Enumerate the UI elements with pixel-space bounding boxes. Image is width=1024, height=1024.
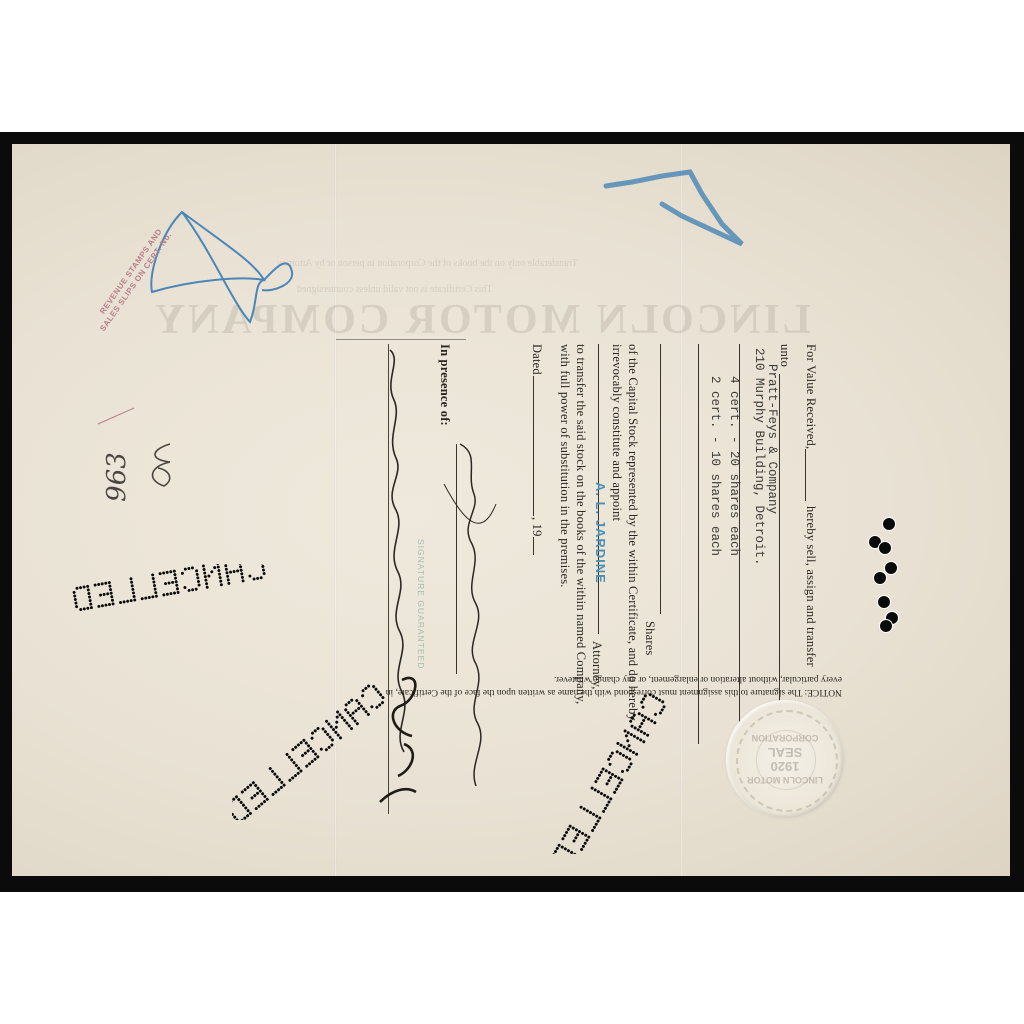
transfer-text: to transfer the said stock on the books …: [573, 344, 588, 704]
embossed-corporate-seal: LINCOLN MOTOR 1920 SEAL CORPORATION: [726, 700, 844, 818]
cert-detail-2: 2 cert. - 10 shares each: [708, 376, 722, 556]
irrevocably-text: irrevocably constitute and appoint: [609, 344, 624, 521]
date-line: [533, 376, 534, 516]
cert-detail-1: 4 cert. - 20 shares each: [727, 376, 741, 556]
ghost-line: This Certificate is not valid unless cou…: [297, 284, 493, 295]
seal-text: LINCOLN MOTOR 1920 SEAL CORPORATION: [726, 700, 844, 818]
attorney-stamp: A. L. JARDINE: [593, 482, 608, 584]
punch-hole: [880, 620, 892, 632]
unto-label: unto: [777, 344, 792, 367]
seal-year: 1920: [771, 759, 800, 773]
hereby-sell-label: hereby sell, assign and transfer: [803, 506, 818, 667]
seller-line: [805, 449, 806, 501]
substitution-text: with full power of substitution in the p…: [557, 344, 572, 588]
ghost-line: Transferable only on the books of the Co…: [277, 258, 578, 269]
shares-label: Shares: [642, 621, 657, 656]
seal-center: SEAL: [768, 745, 803, 759]
punch-hole: [874, 572, 886, 584]
cancelled-perforation: [232, 670, 402, 820]
cancelled-perforation: [72, 564, 272, 644]
for-value-received-label: For Value Received,: [803, 344, 818, 449]
cancelled-perforation: [542, 684, 692, 854]
revenue-stamp-line: [96, 406, 136, 426]
punch-hole: [878, 596, 890, 608]
punch-hole: [879, 542, 891, 554]
punch-hole: [885, 562, 897, 574]
shares-line: [660, 344, 661, 614]
year-prefix: , 19: [529, 517, 544, 537]
seal-text-top: LINCOLN MOTOR: [747, 773, 823, 787]
seal-text-bottom: CORPORATION: [752, 731, 819, 745]
assignor-signature: [440, 424, 500, 804]
handwritten-number: 963: [102, 452, 132, 502]
assignee-address: 210 Murphy Building, Detroit.: [752, 348, 766, 566]
blue-crayon-mark: [602, 164, 752, 254]
blue-crayon-mark: [142, 202, 302, 332]
assignee-name: Pratt-Feys & Company: [765, 364, 779, 514]
punch-hole: [883, 518, 895, 530]
capital-stock-text: of the Capital Stock represented by the …: [625, 344, 640, 721]
certificate-paper: LINCOLN MOTOR COMPANY Transferable only …: [12, 144, 1010, 876]
dated-label: Dated: [529, 344, 544, 375]
handwritten-initials: [140, 440, 180, 490]
year-line: [533, 537, 534, 555]
